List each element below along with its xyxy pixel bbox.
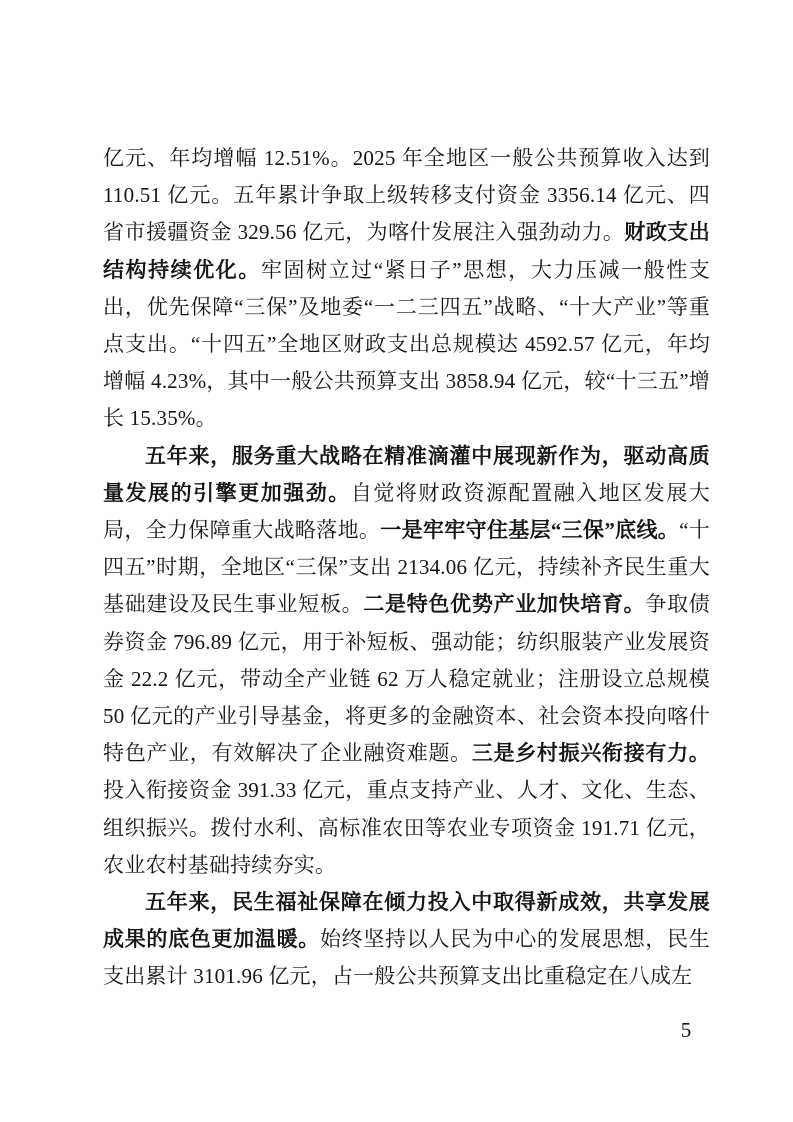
document-page: 亿元、年均增幅 12.51%。2025 年全地区一般公共预算收入达到 110.5… (0, 0, 793, 1122)
text-run: 争取债券资金 796.89 亿元，用于补短板、强动能；纺织服装产业发展资金 22… (103, 592, 710, 765)
paragraph-fiscal-revenue: 亿元、年均增幅 12.51%。2025 年全地区一般公共预算收入达到 110.5… (103, 140, 710, 438)
paragraph-major-strategy: 五年来，服务重大战略在精准滴灌中展现新作为，驱动高质量发展的引擎更加强劲。自觉将… (103, 438, 710, 884)
text-run: 投入衔接资金 391.33 亿元，重点支持产业、人才、文化、生态、组织振兴。拨付… (103, 778, 710, 876)
text-run: 牢固树立过“紧日子”思想，大力压减一般性支出，优先保障“三保”及地委“一二三四五… (103, 258, 710, 431)
text-run: 亿元、年均增幅 12.51%。2025 年全地区一般公共预算收入达到 110.5… (103, 146, 710, 244)
text-run-bold: 二是特色优势产业加快培育。 (363, 592, 645, 616)
page-content: 亿元、年均增幅 12.51%。2025 年全地区一般公共预算收入达到 110.5… (103, 140, 710, 996)
text-run-bold: 三是乡村振兴衔接有力。 (472, 741, 710, 765)
paragraph-livelihood: 五年来，民生福祉保障在倾力投入中取得新成效，共享发展成果的底色更加温暖。始终坚持… (103, 884, 710, 996)
page-number: 5 (666, 1017, 706, 1043)
text-run-bold: 一是牢牢守住基层“三保”底线。 (380, 518, 679, 542)
